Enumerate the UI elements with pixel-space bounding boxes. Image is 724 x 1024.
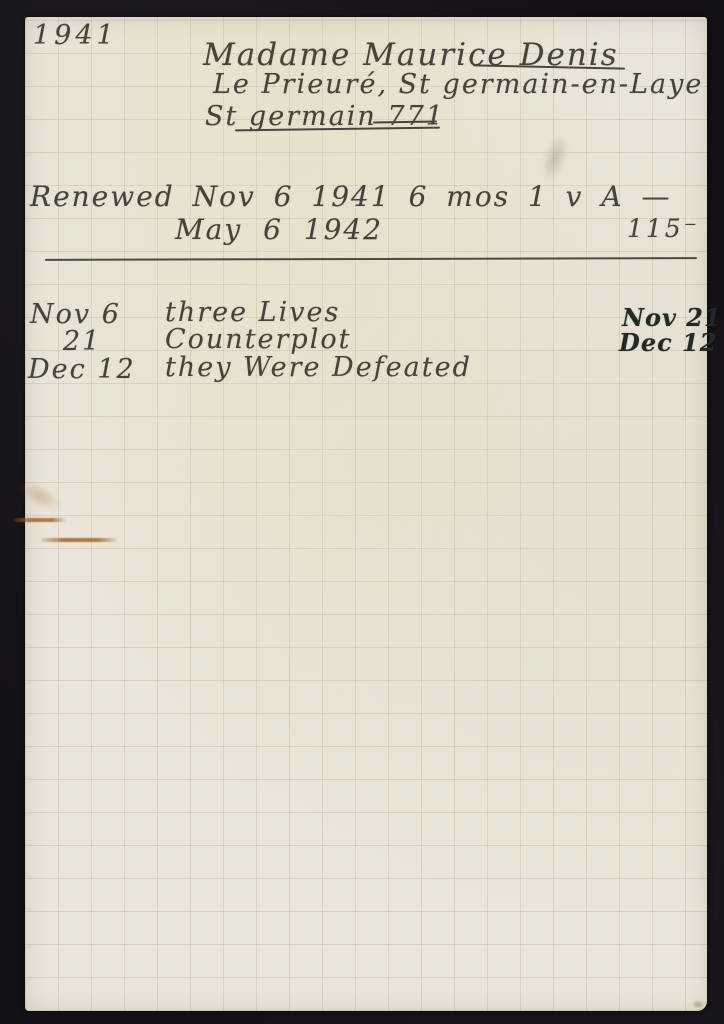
rust-stain xyxy=(15,475,66,516)
section-divider-line xyxy=(45,257,697,261)
rust-stain xyxy=(41,538,117,542)
loan-book-title: they Were Defeated xyxy=(165,352,472,383)
scan-background: { "document": { "type": "handwritten len… xyxy=(0,0,724,1024)
member-address: Le Prieuré, St germain-en-Laye xyxy=(213,69,703,100)
subscription-amount: 115⁻ xyxy=(627,214,700,243)
loan-borrow-date: 21 xyxy=(63,326,101,357)
loan-borrow-date: Dec 12 xyxy=(28,354,136,385)
card-year: 1941 xyxy=(33,20,118,51)
loan-return-date: Dec 12 xyxy=(619,328,717,357)
loan-book-title: Counterplot xyxy=(165,324,351,355)
renewal-line: Renewed Nov 6 1941 6 mos 1 v A — xyxy=(30,180,672,213)
library-card: 1941 Madame Maurice Denis Le Prieuré, St… xyxy=(25,17,707,1011)
paper-smudge xyxy=(536,131,574,186)
rust-stain xyxy=(13,518,65,522)
expiry-line: May 6 1942 xyxy=(175,213,383,246)
corner-wear-mark xyxy=(692,1000,704,1009)
